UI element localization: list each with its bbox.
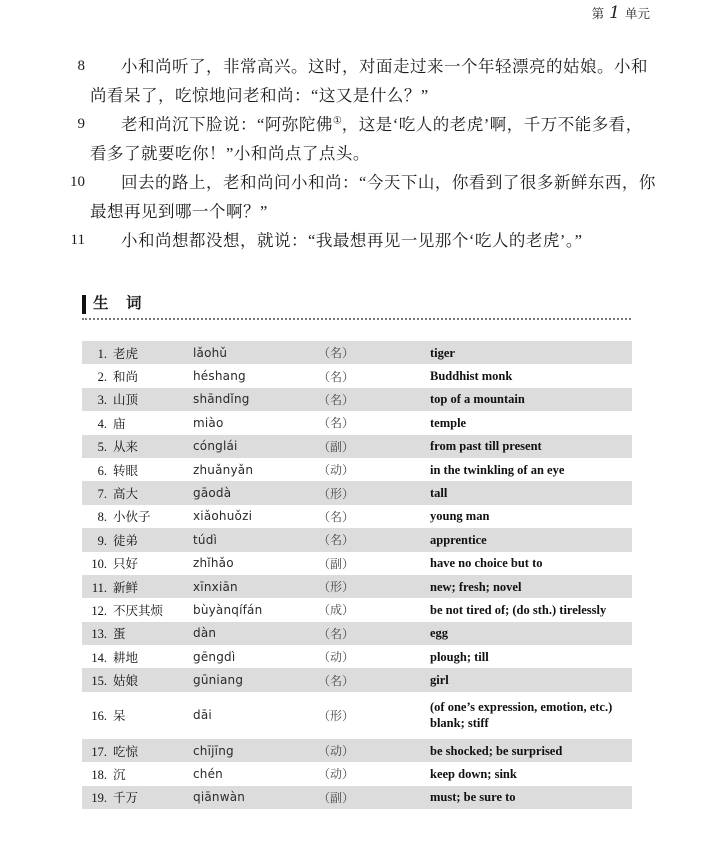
word-chinese: 转眼 (113, 461, 138, 479)
pinyin-cell: gūniang (193, 673, 318, 687)
unit-number: 1 (609, 5, 620, 22)
vocab-row: 3.山顶shāndǐng（名）top of a mountain (82, 388, 632, 411)
vocab-row: 9.徒弟túdì（名）apprentice (82, 528, 632, 551)
word-number: 14. (82, 651, 107, 666)
english-cell: young man (430, 508, 632, 524)
vocab-table-body: 1.老虎lǎohǔ（名）tiger2.和尚héshang（名）Buddhist … (82, 341, 632, 809)
part-of-speech-cell: （副） (318, 789, 430, 806)
english-line: Buddhist monk (430, 368, 632, 384)
english-line: in the twinkling of an eye (430, 462, 632, 478)
paragraph: 8小和尚听了，非常高兴。这时，对面走过来一个年轻漂亮的姑娘。小和尚看呆了，吃惊地… (70, 52, 660, 110)
word-chinese: 蛋 (113, 624, 126, 642)
word-cell: 4.庙 (82, 414, 193, 432)
part-of-speech-cell: （形） (318, 578, 430, 595)
word-cell: 17.吃惊 (82, 742, 193, 760)
paragraph-lines: 老和尚沉下脸说：“阿弥陀佛①，这是‘吃人的老虎’啊，千万不能多看，看多了就要吃你… (90, 110, 660, 168)
part-of-speech-cell: （名） (318, 672, 430, 689)
vocab-row: 8.小伙子xiǎohuǒzi（名）young man (82, 505, 632, 528)
word-number: 9. (82, 534, 107, 549)
part-of-speech-cell: （名） (318, 531, 430, 548)
word-chinese: 吃惊 (113, 742, 138, 760)
word-cell: 13.蛋 (82, 624, 193, 642)
word-cell: 3.山顶 (82, 390, 193, 408)
part-of-speech-cell: （动） (318, 648, 430, 665)
english-line: be shocked; be surprised (430, 743, 632, 759)
vocab-row: 19.千万qiānwàn（副）must; be sure to (82, 786, 632, 809)
english-line: apprentice (430, 532, 632, 548)
paragraph-lines: 回去的路上，老和尚问小和尚：“今天下山，你看到了很多新鲜东西，你最想再见到哪一个… (90, 168, 660, 226)
textbook-page: 第 1 单元 8小和尚听了，非常高兴。这时，对面走过来一个年轻漂亮的姑娘。小和尚… (0, 0, 720, 851)
word-cell: 16.呆 (82, 706, 193, 724)
english-line: girl (430, 672, 632, 688)
english-line: be not tired of; (do sth.) tirelessly (430, 602, 632, 618)
english-cell: keep down; sink (430, 766, 632, 782)
word-cell: 8.小伙子 (82, 507, 193, 525)
line-text-before-footnote: 老和尚沉下脸说：“阿弥陀佛 (121, 115, 333, 134)
english-line: young man (430, 508, 632, 524)
english-cell: apprentice (430, 532, 632, 548)
english-cell: new; fresh; novel (430, 579, 632, 595)
pinyin-cell: shāndǐng (193, 392, 318, 406)
part-of-speech-cell: （名） (318, 625, 430, 642)
part-of-speech-cell: （动） (318, 461, 430, 478)
running-head-prefix: 第 (592, 4, 605, 22)
word-chinese: 从来 (113, 437, 138, 455)
word-number: 4. (82, 417, 107, 432)
word-chinese: 耕地 (113, 648, 138, 666)
line-text-after-footnote: ，这是‘吃人的老虎’啊，千万不能多看， (342, 115, 643, 134)
english-line: egg (430, 625, 632, 641)
word-number: 12. (82, 604, 107, 619)
word-number: 3. (82, 393, 107, 408)
paragraph-lines: 小和尚听了，非常高兴。这时，对面走过来一个年轻漂亮的姑娘。小和尚看呆了，吃惊地问… (90, 52, 660, 110)
part-of-speech-cell: （名） (318, 344, 430, 361)
english-line: tall (430, 485, 632, 501)
english-cell: girl (430, 672, 632, 688)
vocab-row: 11.新鲜xīnxiān（形）new; fresh; novel (82, 575, 632, 598)
english-cell: top of a mountain (430, 391, 632, 407)
word-cell: 15.姑娘 (82, 671, 193, 689)
pinyin-cell: zhǐhǎo (193, 556, 318, 570)
english-cell: tiger (430, 345, 632, 361)
word-number: 1. (82, 347, 107, 362)
word-chinese: 只好 (113, 554, 138, 572)
running-head-suffix: 单元 (625, 4, 650, 22)
vocab-row: 12.不厌其烦bùyànqífán（成）be not tired of; (do… (82, 598, 632, 621)
word-number: 6. (82, 464, 107, 479)
pinyin-cell: lǎohǔ (193, 346, 318, 360)
paragraph-lines: 小和尚想都没想，就说：“我最想再见一见那个‘吃人的老虎’。” (90, 226, 660, 255)
paragraph-number: 11 (70, 226, 85, 255)
vocab-row: 1.老虎lǎohǔ（名）tiger (82, 341, 632, 364)
section-marker-bar (82, 295, 86, 314)
pinyin-cell: miào (193, 416, 318, 430)
english-cell: tall (430, 485, 632, 501)
paragraph-number: 10 (70, 168, 85, 197)
english-line: keep down; sink (430, 766, 632, 782)
word-cell: 19.千万 (82, 788, 193, 806)
word-number: 5. (82, 440, 107, 455)
word-number: 15. (82, 674, 107, 689)
word-chinese: 沉 (113, 765, 126, 783)
part-of-speech-cell: （形） (318, 485, 430, 502)
pinyin-cell: gāodà (193, 486, 318, 500)
english-line: have no choice but to (430, 555, 632, 571)
word-number: 11. (82, 581, 107, 596)
word-chinese: 姑娘 (113, 671, 138, 689)
pinyin-cell: xīnxiān (193, 580, 318, 594)
footnote-marker: ① (333, 116, 342, 127)
word-number: 13. (82, 627, 107, 642)
part-of-speech-cell: （形） (318, 707, 430, 724)
word-cell: 18.沉 (82, 765, 193, 783)
pinyin-cell: dāi (193, 708, 318, 722)
paragraph-line: 老和尚沉下脸说：“阿弥陀佛①，这是‘吃人的老虎’啊，千万不能多看， (90, 110, 660, 139)
word-number: 7. (82, 487, 107, 502)
word-number: 16. (82, 709, 107, 724)
english-line: tiger (430, 345, 632, 361)
english-cell: have no choice but to (430, 555, 632, 571)
english-line: must; be sure to (430, 789, 632, 805)
english-cell: plough; till (430, 649, 632, 665)
english-cell: must; be sure to (430, 789, 632, 805)
english-line: (of one’s expression, emotion, etc.) (430, 699, 632, 715)
pinyin-cell: gēngdì (193, 650, 318, 664)
english-line: new; fresh; novel (430, 579, 632, 595)
vocab-row: 6.转眼zhuǎnyǎn（动）in the twinkling of an ey… (82, 458, 632, 481)
word-chinese: 千万 (113, 788, 138, 806)
vocab-row: 18.沉chén（动）keep down; sink (82, 762, 632, 785)
vocab-row: 10.只好zhǐhǎo（副）have no choice but to (82, 552, 632, 575)
word-number: 8. (82, 510, 107, 525)
word-chinese: 小伙子 (113, 507, 151, 525)
paragraph-number: 9 (70, 110, 85, 139)
vocab-row: 7.高大gāodà（形）tall (82, 481, 632, 504)
pinyin-cell: zhuǎnyǎn (193, 463, 318, 477)
word-cell: 6.转眼 (82, 461, 193, 479)
vocab-row: 5.从来cónglái（副）from past till present (82, 435, 632, 458)
section-title: 生 词 (93, 295, 143, 314)
paragraph: 11小和尚想都没想，就说：“我最想再见一见那个‘吃人的老虎’。” (70, 226, 660, 255)
english-cell: egg (430, 625, 632, 641)
word-chinese: 呆 (113, 706, 126, 724)
word-chinese: 老虎 (113, 344, 138, 362)
english-cell: temple (430, 415, 632, 431)
part-of-speech-cell: （副） (318, 555, 430, 572)
english-cell: Buddhist monk (430, 368, 632, 384)
word-cell: 11.新鲜 (82, 578, 193, 596)
paragraph-list: 8小和尚听了，非常高兴。这时，对面走过来一个年轻漂亮的姑娘。小和尚看呆了，吃惊地… (70, 52, 660, 255)
pinyin-cell: dàn (193, 626, 318, 640)
word-cell: 12.不厌其烦 (82, 601, 193, 619)
part-of-speech-cell: （副） (318, 438, 430, 455)
word-chinese: 和尚 (113, 367, 138, 385)
running-head: 第 1 单元 (592, 4, 650, 22)
word-number: 2. (82, 370, 107, 385)
part-of-speech-cell: （名） (318, 391, 430, 408)
part-of-speech-cell: （名） (318, 508, 430, 525)
word-cell: 9.徒弟 (82, 531, 193, 549)
english-cell: be not tired of; (do sth.) tirelessly (430, 602, 632, 618)
paragraph-line: 看多了就要吃你！”小和尚点了点头。 (90, 139, 660, 168)
word-chinese: 庙 (113, 414, 126, 432)
paragraph-line: 最想再见到哪一个啊？” (90, 197, 660, 226)
paragraph-line: 小和尚听了，非常高兴。这时，对面走过来一个年轻漂亮的姑娘。小和 (90, 52, 660, 81)
paragraph-line: 尚看呆了，吃惊地问老和尚：“这又是什么？” (90, 81, 660, 110)
paragraph: 10回去的路上，老和尚问小和尚：“今天下山，你看到了很多新鲜东西，你最想再见到哪… (70, 168, 660, 226)
part-of-speech-cell: （成） (318, 601, 430, 618)
word-number: 19. (82, 791, 107, 806)
english-cell: be shocked; be surprised (430, 743, 632, 759)
paragraph-line: 回去的路上，老和尚问小和尚：“今天下山，你看到了很多新鲜东西，你 (90, 168, 660, 197)
word-number: 10. (82, 557, 107, 572)
word-number: 17. (82, 745, 107, 760)
vocab-row: 17.吃惊chījīng（动）be shocked; be surprised (82, 739, 632, 762)
paragraph-number: 8 (70, 52, 85, 81)
word-cell: 10.只好 (82, 554, 193, 572)
pinyin-cell: qiānwàn (193, 790, 318, 804)
pinyin-cell: chījīng (193, 744, 318, 758)
word-cell: 1.老虎 (82, 344, 193, 362)
english-cell: (of one’s expression, emotion, etc.)blan… (430, 699, 632, 731)
pinyin-cell: cónglái (193, 439, 318, 453)
english-line: top of a mountain (430, 391, 632, 407)
vocab-row: 2.和尚héshang（名）Buddhist monk (82, 364, 632, 387)
paragraph: 9老和尚沉下脸说：“阿弥陀佛①，这是‘吃人的老虎’啊，千万不能多看，看多了就要吃… (70, 110, 660, 168)
pinyin-cell: túdì (193, 533, 318, 547)
english-line: plough; till (430, 649, 632, 665)
word-chinese: 高大 (113, 484, 138, 502)
word-cell: 2.和尚 (82, 367, 193, 385)
new-words-section-header: 生 词 (82, 295, 631, 320)
vocab-table: 1.老虎lǎohǔ（名）tiger2.和尚héshang（名）Buddhist … (82, 341, 632, 809)
pinyin-cell: héshang (193, 369, 318, 383)
vocab-row: 4.庙miào（名）temple (82, 411, 632, 434)
vocab-row: 13.蛋dàn（名）egg (82, 622, 632, 645)
pinyin-cell: chén (193, 767, 318, 781)
part-of-speech-cell: （名） (318, 414, 430, 431)
english-line: blank; stiff (430, 715, 632, 731)
pinyin-cell: bùyànqífán (193, 603, 318, 617)
vocab-row: 16.呆dāi（形）(of one’s expression, emotion,… (82, 692, 632, 739)
word-number: 18. (82, 768, 107, 783)
english-line: temple (430, 415, 632, 431)
word-cell: 14.耕地 (82, 648, 193, 666)
word-chinese: 不厌其烦 (113, 601, 163, 619)
part-of-speech-cell: （动） (318, 742, 430, 759)
english-line: from past till present (430, 438, 632, 454)
part-of-speech-cell: （名） (318, 368, 430, 385)
word-chinese: 徒弟 (113, 531, 138, 549)
story-text: 8小和尚听了，非常高兴。这时，对面走过来一个年轻漂亮的姑娘。小和尚看呆了，吃惊地… (70, 52, 660, 255)
part-of-speech-cell: （动） (318, 765, 430, 782)
word-chinese: 新鲜 (113, 578, 138, 596)
english-cell: from past till present (430, 438, 632, 454)
pinyin-cell: xiǎohuǒzi (193, 509, 318, 523)
paragraph-line: 小和尚想都没想，就说：“我最想再见一见那个‘吃人的老虎’。” (90, 226, 660, 255)
word-chinese: 山顶 (113, 390, 138, 408)
english-cell: in the twinkling of an eye (430, 462, 632, 478)
word-cell: 5.从来 (82, 437, 193, 455)
vocab-row: 15.姑娘gūniang（名）girl (82, 668, 632, 691)
word-cell: 7.高大 (82, 484, 193, 502)
vocab-row: 14.耕地gēngdì（动）plough; till (82, 645, 632, 668)
